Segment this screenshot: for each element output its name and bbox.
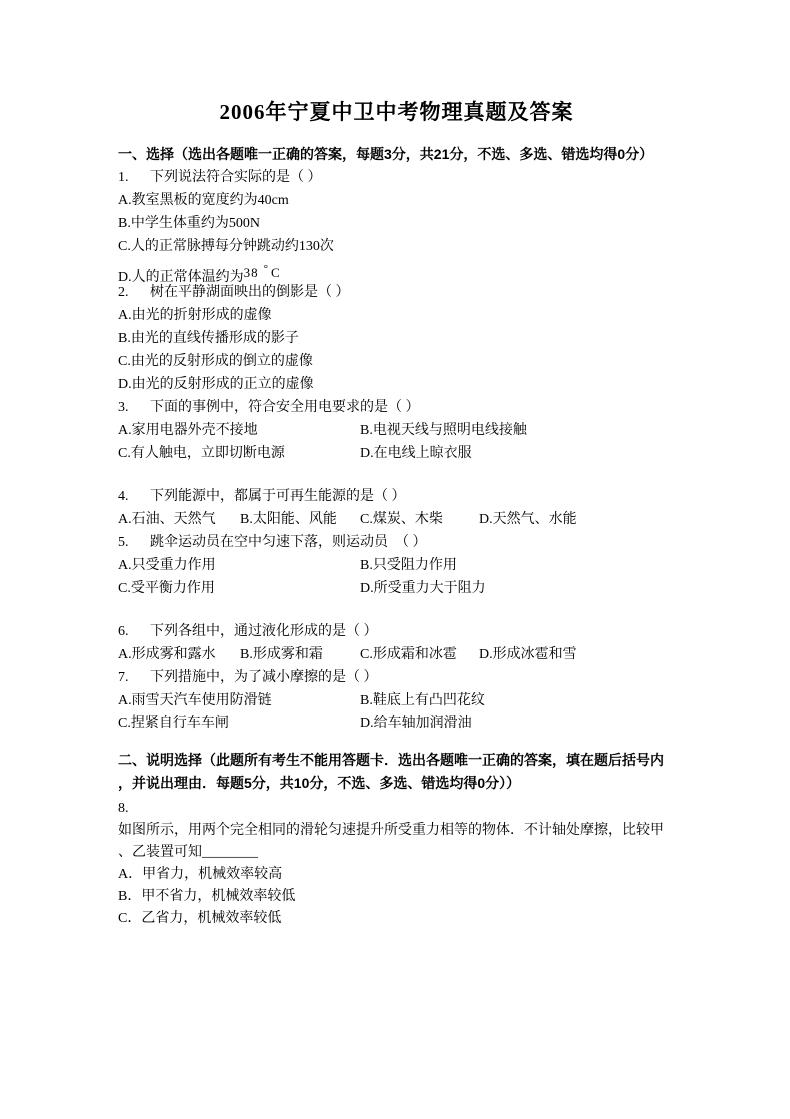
question-7-text: 下列措施中，为了减小摩擦的是（ ） <box>150 670 378 685</box>
question-5-options-row-1: A.只受重力作用B.只受阻力作用 <box>118 554 675 577</box>
question-7-stem: 7.下列措施中，为了减小摩擦的是（ ） <box>118 666 675 689</box>
question-4-options-row: A.石油、天然气B.太阳能、风能C.煤炭、木柴D.天然气、水能 <box>118 508 675 531</box>
question-3-stem: 3.下面的事例中，符合安全用电要求的是（ ） <box>118 396 675 419</box>
question-2-option-d: D.由光的反射形成的正立的虚像 <box>118 373 675 396</box>
question-6-options-row: A.形成雾和露水B.形成雾和霜C.形成霜和冰雹D.形成冰雹和雪 <box>118 643 675 666</box>
question-3-number: 3. <box>118 396 150 419</box>
question-3-options-row-2: C.有人触电，立即切断电源D.在电线上晾衣服 <box>118 442 675 465</box>
question-5-option-d: D.所受重力大于阻力 <box>360 577 675 600</box>
question-7-option-d: D.给车轴加润滑油 <box>360 712 675 735</box>
question-8-option-b: B．甲不省力，机械效率较低 <box>118 886 675 908</box>
question-4-option-c: C.煤炭、木柴 <box>360 508 479 531</box>
question-8: 8. 如图所示，用两个完全相同的滑轮匀速提升所受重力相等的物体．不计轴处摩擦，比… <box>118 798 675 930</box>
question-7-option-b: B.鞋底上有凸凹花纹 <box>360 689 675 712</box>
question-1-option-a: A.教室黑板的宽度约为40cm <box>118 189 675 212</box>
blank-line <box>118 465 675 485</box>
answer-blank: ________ <box>202 845 258 860</box>
question-1-option-c: C.人的正常脉搏每分钟跳动约130次 <box>118 235 675 258</box>
exam-page: 2006年宁夏中卫中考物理真题及答案 一、选择（选出各题唯一正确的答案，每题3分… <box>0 0 790 1119</box>
question-5-stem: 5.跳伞运动员在空中匀速下落，则运动员 （ ） <box>118 531 675 554</box>
question-1-text: 下列说法符合实际的是（ ） <box>150 170 322 185</box>
question-6-number: 6. <box>118 620 150 643</box>
question-8-number: 8. <box>118 798 675 820</box>
question-2-option-b: B.由光的直线传播形成的影子 <box>118 327 675 350</box>
exam-content: 2006年宁夏中卫中考物理真题及答案 一、选择（选出各题唯一正确的答案，每题3分… <box>118 0 675 930</box>
question-8-stem: 如图所示，用两个完全相同的滑轮匀速提升所受重力相等的物体．不计轴处摩擦，比较甲、… <box>118 820 675 864</box>
question-6-option-a: A.形成雾和露水 <box>118 643 240 666</box>
question-3-options-row-1: A.家用电器外壳不接地B.电视天线与照明电线接触 <box>118 419 675 442</box>
blank-line <box>118 600 675 620</box>
question-1-option-d: D.人的正常体温约为38°C <box>118 258 675 281</box>
question-7-number: 7. <box>118 666 150 689</box>
question-4-text: 下列能源中，都属于可再生能源的是（ ） <box>150 489 406 504</box>
question-6-option-b: B.形成雾和霜 <box>240 643 360 666</box>
question-2-number: 2. <box>118 281 150 304</box>
question-5-number: 5. <box>118 531 150 554</box>
question-4-stem: 4.下列能源中，都属于可再生能源的是（ ） <box>118 485 675 508</box>
question-5-option-b: B.只受阻力作用 <box>360 554 675 577</box>
question-5-options-row-2: C.受平衡力作用D.所受重力大于阻力 <box>118 577 675 600</box>
page-title: 2006年宁夏中卫中考物理真题及答案 <box>118 0 675 126</box>
question-1-number: 1. <box>118 166 150 189</box>
question-4-option-d: D.天然气、水能 <box>479 508 675 531</box>
question-2-option-a: A.由光的折射形成的虚像 <box>118 304 675 327</box>
degree-symbol: ° <box>259 263 271 275</box>
question-2-text: 树在平静湖面映出的倒影是（ ） <box>150 285 350 300</box>
question-3-option-c: C.有人触电，立即切断电源 <box>118 442 360 465</box>
section-2-heading: 二、说明选择（此题所有考生不能用答题卡．选出各题唯一正确的答案，填在题后括号内，… <box>118 749 675 795</box>
question-1-stem: 1.下列说法符合实际的是（ ） <box>118 166 675 189</box>
question-2-option-c: C.由光的反射形成的倒立的虚像 <box>118 350 675 373</box>
question-6-stem: 6.下列各组中，通过液化形成的是（ ） <box>118 620 675 643</box>
question-7-option-c: C.捏紧自行车车闸 <box>118 712 360 735</box>
question-8-option-c: C．乙省力，机械效率较低 <box>118 908 675 930</box>
question-3-option-b: B.电视天线与照明电线接触 <box>360 419 675 442</box>
question-5-option-a: A.只受重力作用 <box>118 554 360 577</box>
question-6-option-d: D.形成冰雹和雪 <box>479 643 675 666</box>
question-4-option-b: B.太阳能、风能 <box>240 508 360 531</box>
question-3-option-a: A.家用电器外壳不接地 <box>118 419 360 442</box>
question-4-number: 4. <box>118 485 150 508</box>
question-7-options-row-1: A.雨雪天汽车使用防滑链B.鞋底上有凸凹花纹 <box>118 689 675 712</box>
question-8-option-a: A．甲省力，机械效率较高 <box>118 864 675 886</box>
question-4-option-a: A.石油、天然气 <box>118 508 240 531</box>
question-6-text: 下列各组中，通过液化形成的是（ ） <box>150 624 378 639</box>
question-1-option-b: B.中学生体重约为500N <box>118 212 675 235</box>
question-7-option-a: A.雨雪天汽车使用防滑链 <box>118 689 360 712</box>
question-8-text: 如图所示，用两个完全相同的滑轮匀速提升所受重力相等的物体．不计轴处摩擦，比较甲、… <box>118 823 664 860</box>
question-6-option-c: C.形成霜和冰雹 <box>360 643 479 666</box>
question-3-text: 下面的事例中，符合安全用电要求的是（ ） <box>150 400 420 415</box>
question-3-option-d: D.在电线上晾衣服 <box>360 442 675 465</box>
question-2-stem: 2.树在平静湖面映出的倒影是（ ） <box>118 281 675 304</box>
question-5-text: 跳伞运动员在空中匀速下落，则运动员 （ ） <box>150 535 427 550</box>
question-7-options-row-2: C.捏紧自行车车闸D.给车轴加润滑油 <box>118 712 675 735</box>
section-1-heading: 一、选择（选出各题唯一正确的答案，每题3分，共21分，不选、多选、错选均得0分） <box>118 143 675 166</box>
question-5-option-c: C.受平衡力作用 <box>118 577 360 600</box>
